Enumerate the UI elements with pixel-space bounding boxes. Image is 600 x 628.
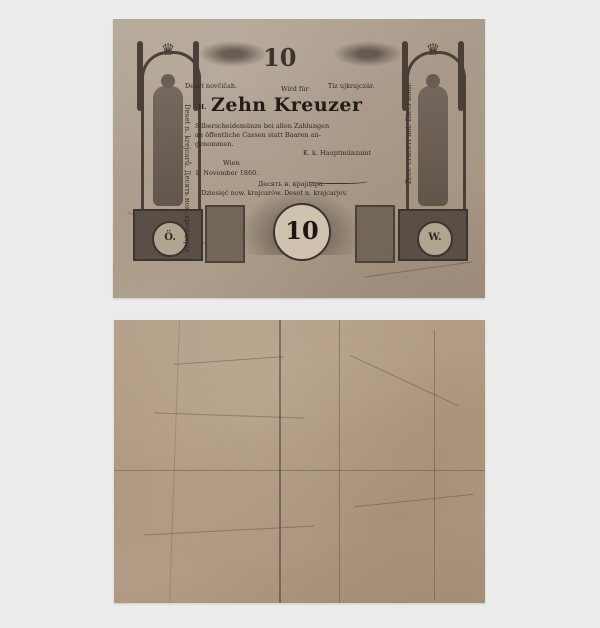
date-text: 1. November 1860. (195, 169, 258, 177)
header-center-text: Wird für (281, 85, 309, 93)
crease-line (174, 356, 284, 365)
crease-line (169, 320, 180, 603)
griffin-ornament-left (198, 41, 268, 67)
crease-line (434, 330, 435, 600)
vertical-text-left: Deset n. krejcarů. Десять нов. крейцарів… (183, 104, 191, 184)
header-right-text: Tiz ujkrajczár. (328, 82, 374, 90)
center-denomination-medal: 10 (273, 203, 331, 261)
crease-line (144, 526, 314, 536)
banknote-front: ♛ Ö. ♛ W. 10 Deset novčičah. Wird für Ti… (113, 19, 485, 298)
standing-figure-left (153, 86, 183, 206)
denomination-title: Zehn Kreuzer (211, 94, 363, 116)
place-text: Wien (223, 159, 240, 167)
body-line-3: genommen. (195, 140, 234, 148)
banknote-back (114, 320, 485, 603)
bottom-ornament-band: 10 (133, 205, 463, 263)
body-line-1: Silberscheidemünze bei allen Zahlungen (195, 122, 329, 130)
crease-line (363, 261, 472, 277)
crease-line (349, 355, 458, 407)
serial-prefix: H. (198, 103, 206, 111)
vertical-text-right: Zece cruceri noi. Dieci soldi. (405, 104, 413, 184)
standing-figure-right (418, 86, 448, 206)
body-line-2: an öffentliche Cassen statt Baaren an- (195, 131, 321, 139)
horizontal-fold (114, 470, 485, 471)
vertical-fold (279, 320, 281, 603)
issuer-text: K. k. Hauptmünzamt (303, 149, 371, 157)
crease-line (354, 494, 473, 508)
crease-line (339, 320, 340, 603)
griffin-ornament-right (333, 41, 403, 67)
header-left-text: Deset novčičah. (185, 82, 237, 90)
top-denomination: 10 (263, 43, 296, 72)
